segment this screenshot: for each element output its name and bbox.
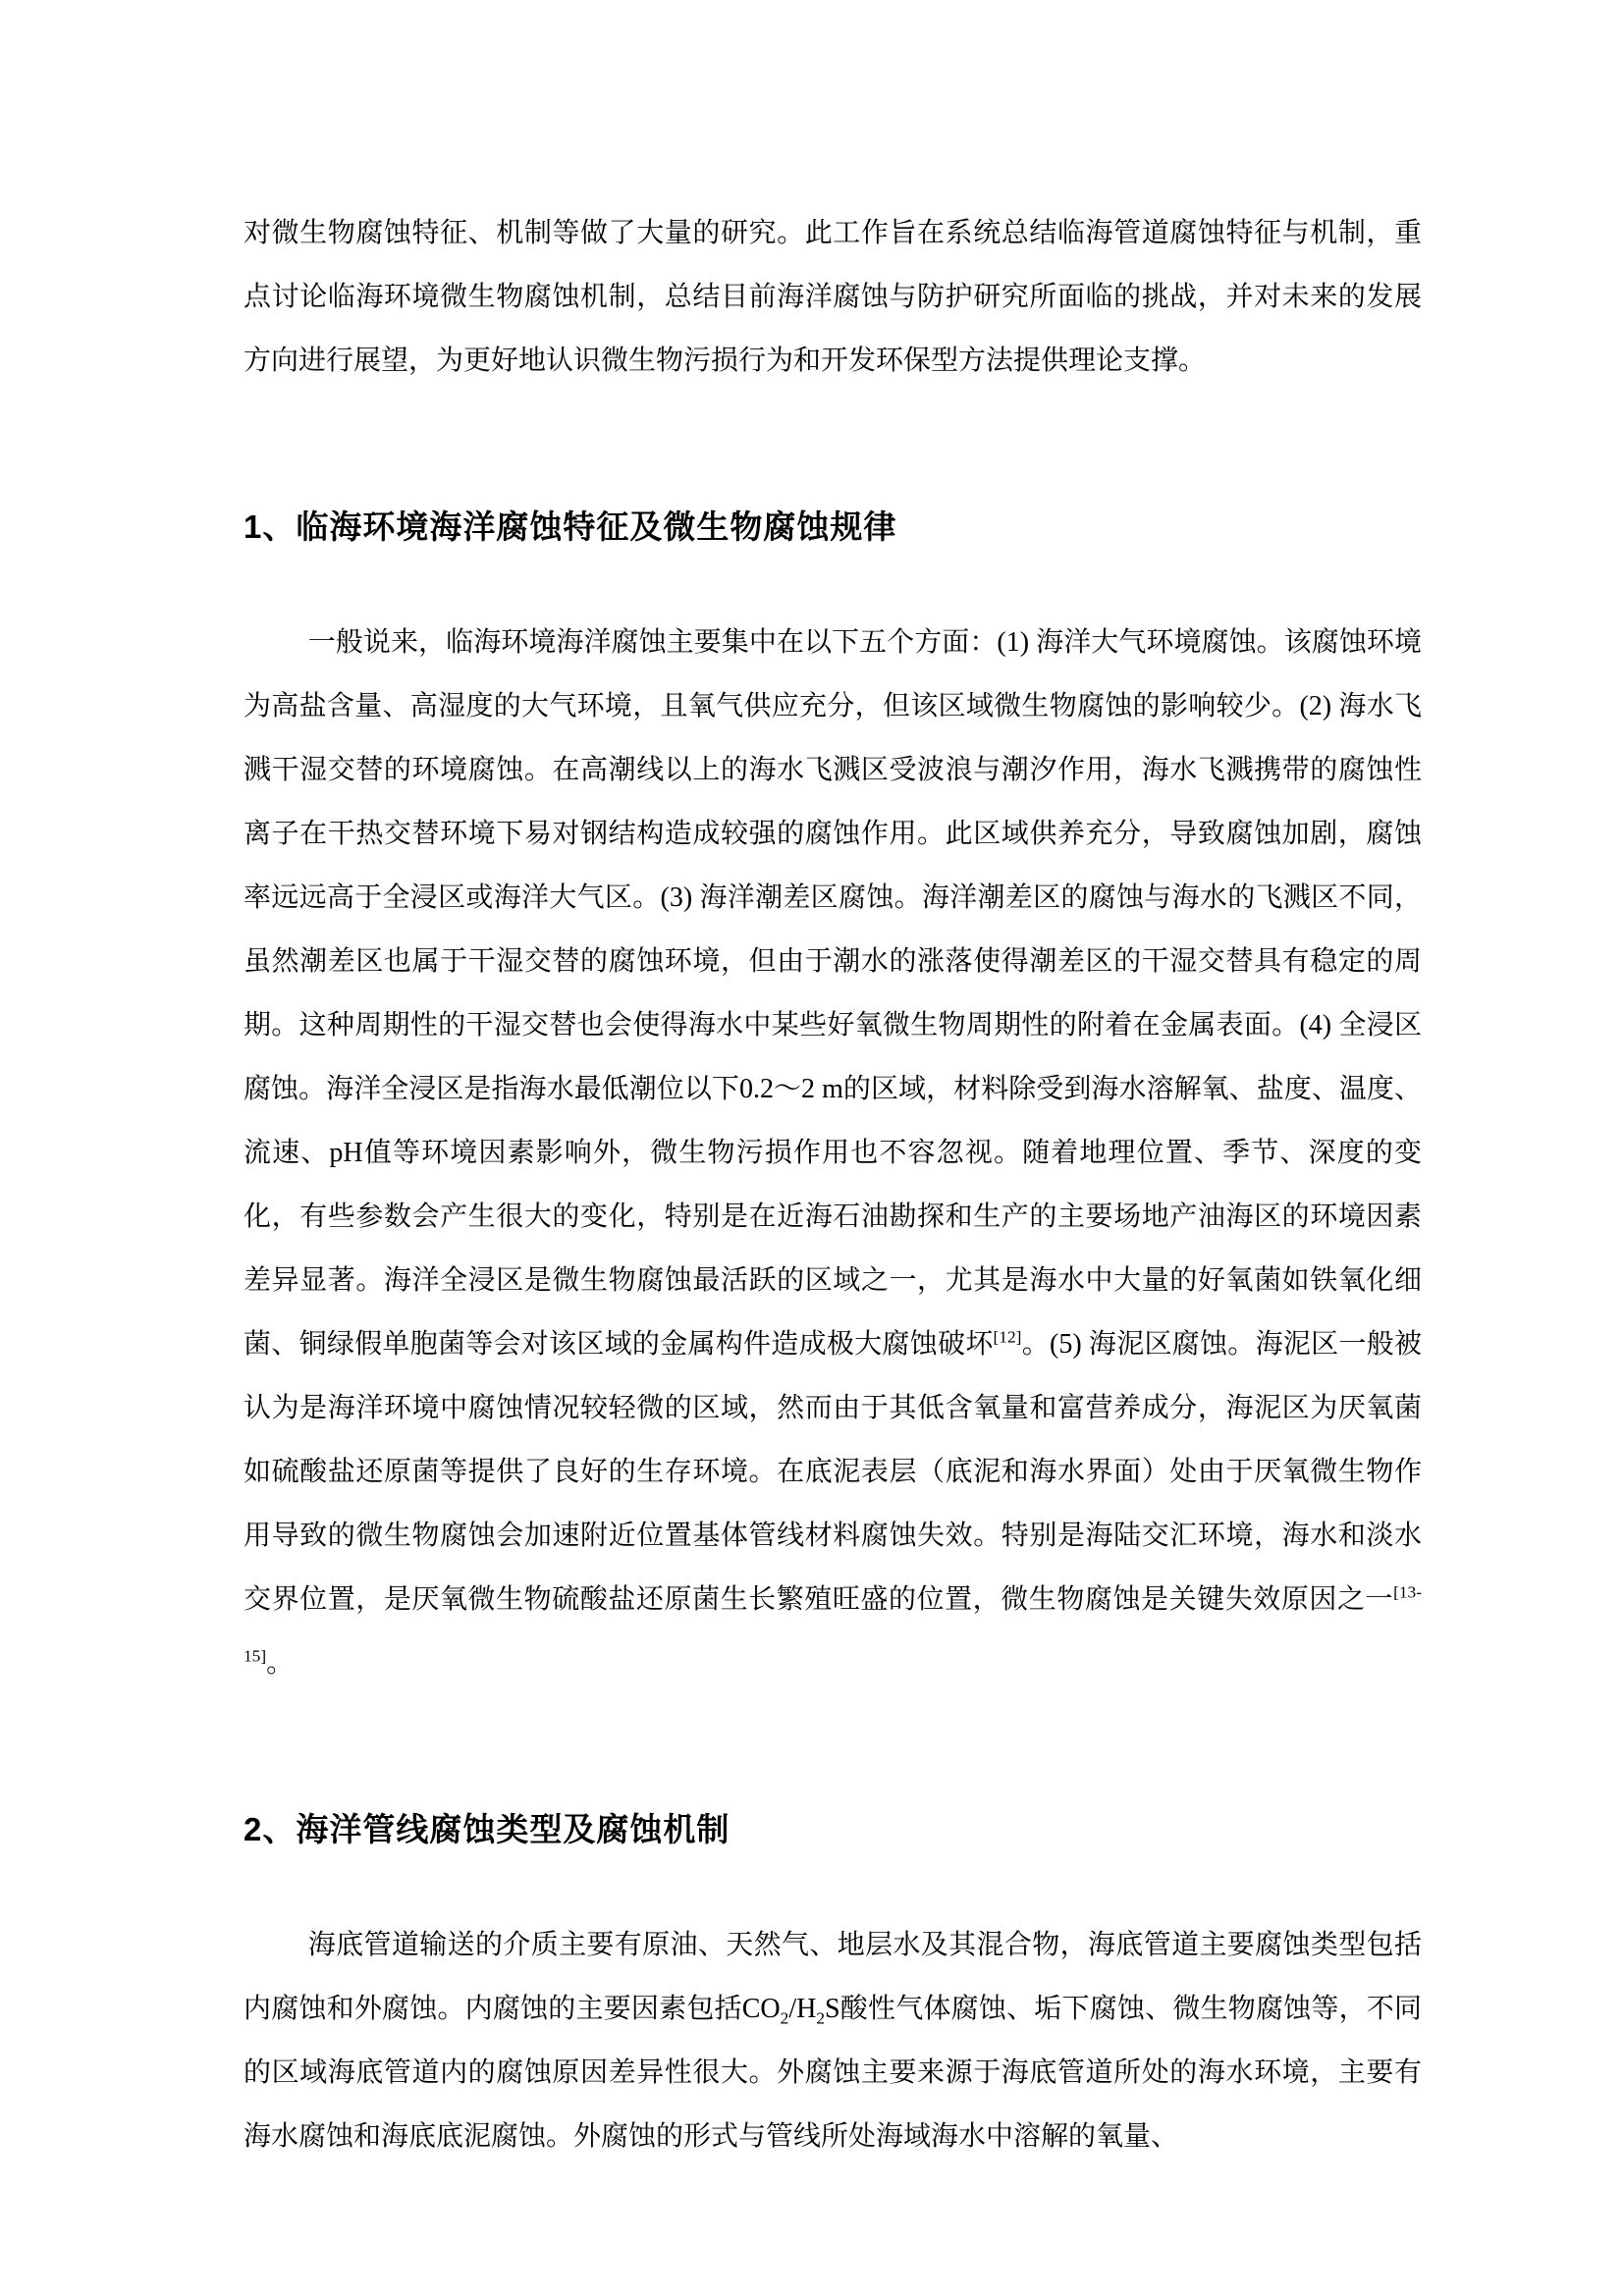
text-run: /H [788, 1994, 816, 2024]
paragraph: 海底管道输送的介质主要有原油、天然气、地层水及其混合物，海底管道主要腐蚀类型包括… [244, 1913, 1422, 2168]
text-run: 1、临海环境海洋腐蚀特征及微生物腐蚀规律 [244, 508, 896, 545]
section-heading: 2、海洋管线腐蚀类型及腐蚀机制 [244, 1807, 1422, 1852]
text-run: 一般说来，临海环境海洋腐蚀主要集中在以下五个方面：(1) 海洋大气环境腐蚀。该腐… [244, 627, 1422, 1360]
document-body: 对微生物腐蚀特征、机制等做了大量的研究。此工作旨在系统总结临海管道腐蚀特征与机制… [244, 201, 1422, 2168]
paragraph: 一般说来，临海环境海洋腐蚀主要集中在以下五个方面：(1) 海洋大气环境腐蚀。该腐… [244, 611, 1422, 1695]
chemical-subscript: 2 [816, 2009, 825, 2028]
text-run: 。 [266, 1648, 294, 1679]
paragraph: 对微生物腐蚀特征、机制等做了大量的研究。此工作旨在系统总结临海管道腐蚀特征与机制… [244, 201, 1422, 393]
text-run: 对微生物腐蚀特征、机制等做了大量的研究。此工作旨在系统总结临海管道腐蚀特征与机制… [244, 218, 1422, 376]
document-page: 对微生物腐蚀特征、机制等做了大量的研究。此工作旨在系统总结临海管道腐蚀特征与机制… [0, 0, 1624, 2296]
section-heading: 1、临海环境海洋腐蚀特征及微生物腐蚀规律 [244, 505, 1422, 550]
text-run: 2、海洋管线腐蚀类型及腐蚀机制 [244, 1811, 730, 1847]
citation-superscript: [12] [994, 1328, 1022, 1347]
text-run: 。(5) 海泥区腐蚀。海泥区一般被认为是海洋环境中腐蚀情况较轻微的区域，然而由于… [244, 1329, 1422, 1615]
